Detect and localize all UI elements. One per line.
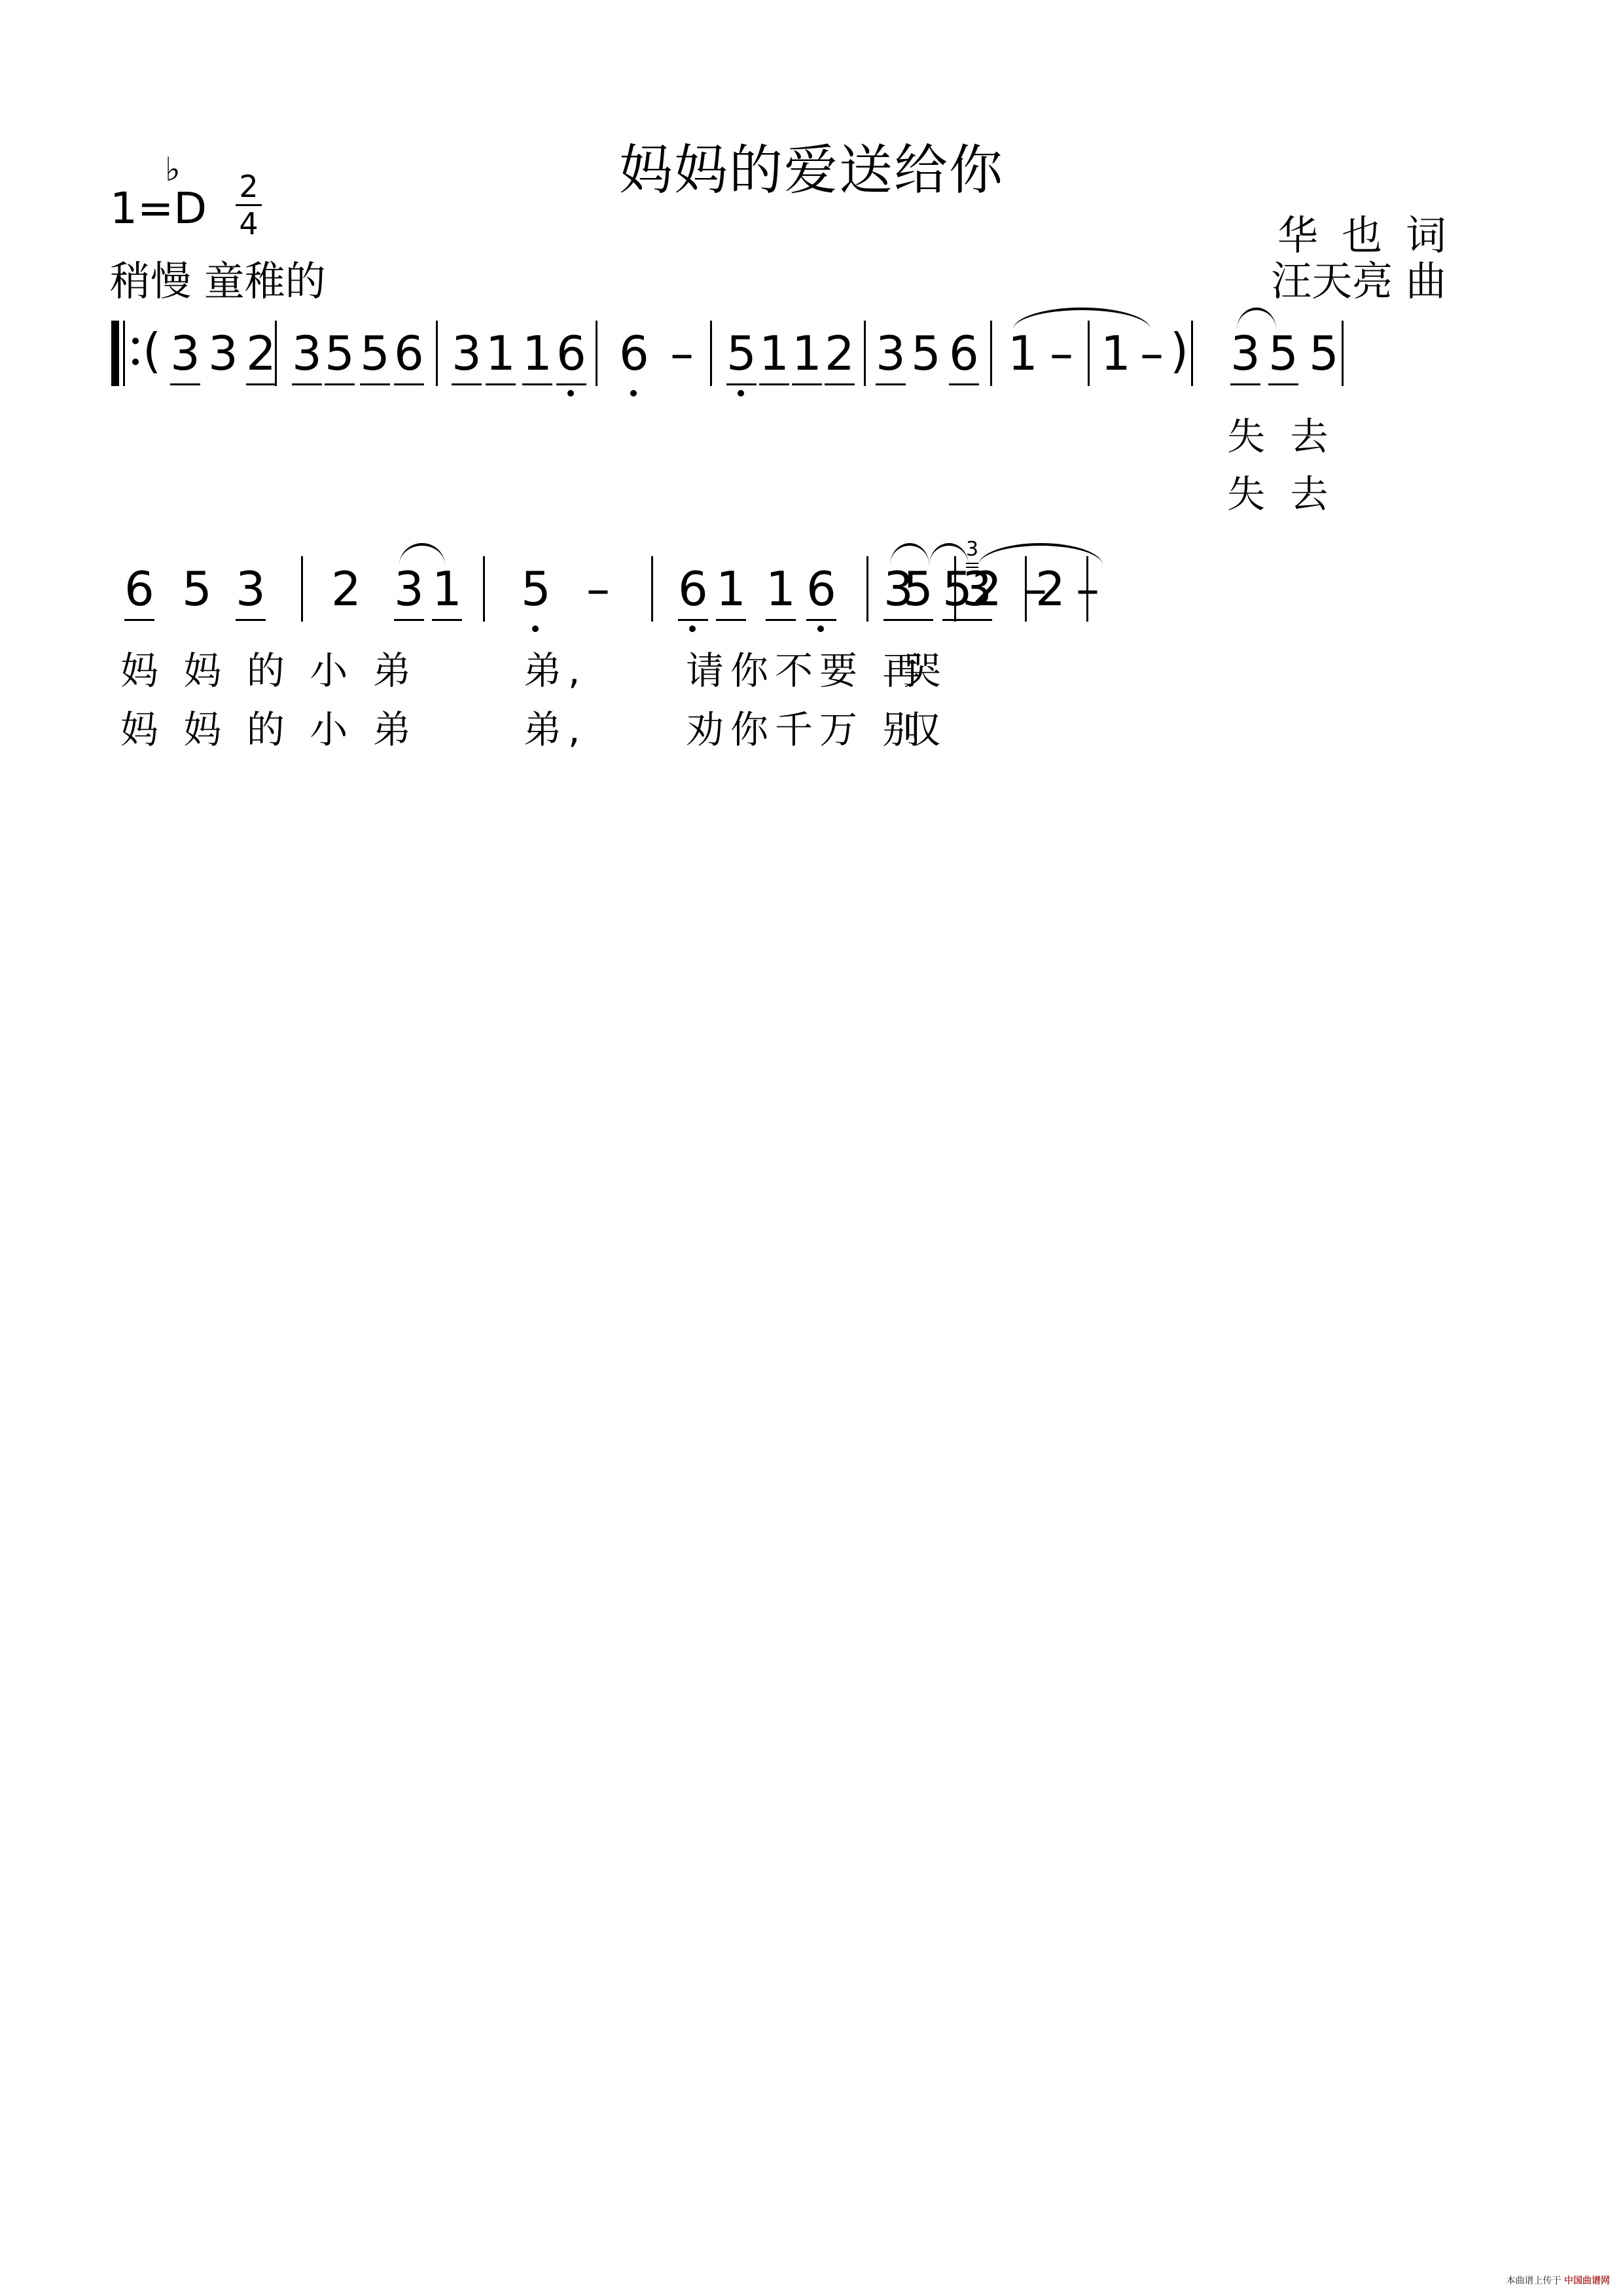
eighth-underline — [1268, 383, 1298, 385]
lyric-text: 失 去 — [1227, 463, 1334, 518]
note: 1 — [1008, 327, 1037, 380]
barline — [436, 321, 438, 386]
lyric-text: 请你不要 再 — [686, 640, 927, 695]
barline — [301, 556, 303, 622]
watermark: 本曲谱上传于 中国曲谱网 — [1507, 2274, 1610, 2287]
lyric-text: 失 去 — [1227, 406, 1334, 461]
slur-arc — [929, 543, 969, 565]
notes-row: 6532315–6116355332–2– — [111, 556, 1453, 648]
barline — [1088, 321, 1090, 386]
note: 3 — [208, 327, 237, 380]
eighth-underline — [962, 619, 992, 621]
note: 6 — [678, 563, 707, 615]
barline — [1086, 556, 1088, 622]
note: 3 — [876, 327, 904, 380]
lyric-line-1: 妈 妈 的 小 弟弟,请你不要 再哭 — [111, 640, 1453, 686]
lyric-text: 劝你千万 别 — [686, 699, 927, 754]
note: 5 — [521, 563, 550, 615]
eighth-underline — [292, 383, 322, 385]
eighth-underline — [394, 619, 424, 621]
composer-credit: 汪天亮 曲 — [1271, 249, 1446, 307]
slur-arc — [1013, 308, 1150, 330]
lyric-line-2: 妈 妈 的 小 弟弟,劝你千万 别叹 — [111, 699, 1453, 745]
eighth-underline — [170, 383, 200, 385]
eighth-underline — [124, 619, 154, 621]
note: 2 — [825, 327, 853, 380]
eighth-underline — [678, 619, 708, 621]
barline — [483, 556, 485, 622]
note: 1 — [716, 563, 745, 615]
barline — [866, 556, 868, 622]
note: 5 — [903, 563, 932, 615]
octave-down-dot — [567, 390, 574, 397]
key-signature: 1=♭D — [110, 183, 207, 234]
notes-row: (332355631166–51123561–1–)355 — [111, 321, 1453, 412]
note: – — [1047, 327, 1076, 380]
note: 3 — [452, 327, 480, 380]
eighth-underline — [903, 619, 933, 621]
watermark-brand: 中国曲谱网 — [1564, 2276, 1610, 2286]
parenthesis: ( — [143, 323, 161, 378]
octave-down-dot — [817, 626, 824, 632]
eighth-underline — [556, 383, 586, 385]
parenthesis: ) — [1170, 323, 1188, 378]
note: 6 — [949, 327, 978, 380]
note: 1 — [792, 327, 821, 380]
barline — [1025, 556, 1027, 622]
eighth-underline — [360, 383, 390, 385]
slur-arc — [399, 543, 445, 565]
eighth-underline — [522, 383, 552, 385]
eighth-underline — [792, 383, 822, 385]
note: 2 — [972, 563, 1001, 615]
slur-arc — [890, 543, 929, 565]
flat-icon: ♭ — [165, 150, 181, 188]
eighth-underline — [825, 383, 855, 385]
eighth-underline — [452, 383, 482, 385]
key-prefix: 1= — [110, 183, 173, 234]
note: 6 — [394, 327, 423, 380]
eighth-underline — [949, 383, 979, 385]
note: 3 — [394, 563, 423, 615]
note: 2 — [1035, 563, 1064, 615]
barline — [1191, 321, 1193, 386]
note: 5 — [726, 327, 755, 380]
eighth-underline — [876, 383, 906, 385]
note: 5 — [182, 563, 211, 615]
octave-down-dot — [630, 390, 637, 397]
note: 6 — [806, 563, 835, 615]
lyric-line-2: 失 去 — [111, 463, 1453, 509]
note: 5 — [325, 327, 353, 380]
eighth-underline — [716, 619, 746, 621]
eighth-underline — [766, 619, 796, 621]
octave-down-dot — [689, 626, 696, 632]
eighth-underline — [759, 383, 789, 385]
note: 1 — [522, 327, 551, 380]
note: 2 — [331, 563, 360, 615]
eighth-underline — [325, 383, 355, 385]
note: 6 — [556, 327, 585, 380]
lyric-text: 妈 妈 的 小 弟 — [120, 699, 418, 754]
note: 3 — [236, 563, 264, 615]
octave-down-dot — [532, 626, 539, 632]
note: 5 — [911, 327, 940, 380]
note: 3 — [170, 327, 199, 380]
time-denominator: 4 — [239, 206, 258, 241]
barline — [275, 321, 277, 386]
note: 6 — [124, 563, 153, 615]
note: 3 — [1230, 327, 1259, 380]
octave-down-dot — [738, 390, 744, 397]
barline — [990, 321, 992, 386]
note: 1 — [759, 327, 788, 380]
eighth-underline — [394, 383, 424, 385]
eighth-underline — [486, 383, 516, 385]
barline — [710, 321, 712, 386]
barline — [864, 321, 866, 386]
barline — [651, 556, 653, 622]
key-note: D — [173, 183, 207, 234]
note: – — [584, 563, 613, 615]
note: 6 — [619, 327, 648, 380]
lyric-line-1: 失 去 — [111, 406, 1453, 451]
eighth-underline — [432, 619, 462, 621]
barline — [596, 321, 597, 386]
note: 5 — [1268, 327, 1297, 380]
grace-note: 3 — [966, 538, 978, 561]
eighth-underline — [236, 619, 266, 621]
lyric-text: 哭 — [903, 640, 948, 695]
lyric-text: 弟, — [524, 699, 586, 754]
tempo-marking: 稍慢 童稚的 — [110, 249, 326, 307]
note: – — [1137, 327, 1166, 380]
barline — [123, 321, 125, 386]
eighth-underline — [726, 383, 757, 385]
slur-arc — [1237, 308, 1276, 330]
barline — [1342, 321, 1344, 386]
note: – — [668, 327, 696, 380]
lyric-text: 弟, — [524, 640, 586, 695]
note: 1 — [1101, 327, 1130, 380]
eighth-underline — [1230, 383, 1260, 385]
repeat-sign — [132, 338, 139, 380]
watermark-text: 本曲谱上传于 — [1507, 2276, 1561, 2286]
lyric-text: 叹 — [903, 699, 948, 754]
time-signature: 2 4 — [236, 171, 262, 239]
note: 2 — [246, 327, 275, 380]
slur-arc — [978, 543, 1103, 565]
time-numerator: 2 — [239, 169, 258, 204]
note: 1 — [486, 327, 514, 380]
lyric-text: 妈 妈 的 小 弟 — [120, 640, 418, 695]
note: 1 — [766, 563, 794, 615]
note: 5 — [1309, 327, 1338, 380]
note: 3 — [292, 327, 321, 380]
barline — [954, 556, 956, 622]
eighth-underline — [246, 383, 276, 385]
double-barline — [111, 321, 119, 386]
eighth-underline — [806, 619, 836, 621]
note: 1 — [432, 563, 461, 615]
note: 5 — [360, 327, 389, 380]
